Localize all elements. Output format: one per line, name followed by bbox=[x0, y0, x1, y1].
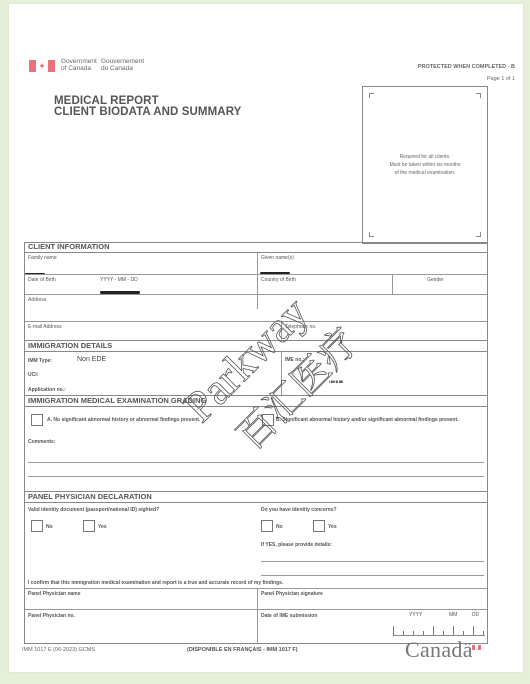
gov-english: Government of Canada bbox=[61, 58, 97, 72]
grading-b-label: B. Significant abnormal history and/or s… bbox=[276, 417, 459, 423]
if-yes-label: If YES, please provide details: bbox=[261, 542, 332, 548]
id-concerns-yes-checkbox[interactable] bbox=[313, 520, 325, 532]
canada-flag-icon: ✦ bbox=[29, 60, 55, 72]
email-label: E-mail Address bbox=[28, 324, 62, 330]
protected-label: PROTECTED WHEN COMPLETED - B bbox=[418, 64, 515, 70]
gov-french: Gouvernement du Canada bbox=[101, 58, 144, 72]
document-title: MEDICAL REPORT CLIENT BIODATA AND SUMMAR… bbox=[54, 96, 241, 118]
physician-no-label: Panel Physician no. bbox=[28, 613, 75, 619]
imm-type-label: IMM Type: bbox=[28, 358, 52, 364]
date-mm: MM bbox=[449, 612, 457, 618]
submission-date-label: Date of IME submission bbox=[261, 613, 317, 619]
imm-type-value: Non EDE bbox=[77, 356, 106, 363]
french-availability: (DISPONIBLE EN FRANÇAIS - IMM 1017 F) bbox=[187, 647, 298, 653]
id-sighted-question: Valid identity document (passport/nation… bbox=[28, 507, 159, 513]
grading-a-checkbox[interactable] bbox=[31, 414, 43, 426]
grading-b-checkbox[interactable] bbox=[262, 414, 274, 426]
confirmation-statement: I confirm that this immigration medical … bbox=[28, 580, 283, 586]
section-immigration-details: IMMIGRATION DETAILS bbox=[25, 340, 487, 352]
uci-label: UCI: bbox=[28, 372, 38, 378]
document-page: ✦ Government of Canada Gouvernement du C… bbox=[9, 4, 523, 672]
given-names-label: Given name(s) bbox=[261, 255, 294, 261]
details-line[interactable] bbox=[261, 561, 484, 562]
date-entry-line[interactable] bbox=[393, 635, 485, 636]
id-sighted-yes-checkbox[interactable] bbox=[83, 520, 95, 532]
id-concerns-no-checkbox[interactable] bbox=[261, 520, 273, 532]
barcode: I IIIII III IIIII bbox=[329, 379, 343, 384]
id-sighted-no-label: No bbox=[46, 524, 53, 530]
section-client-information: CLIENT INFORMATION bbox=[25, 242, 487, 253]
country-of-birth-label: Country of Birth bbox=[261, 277, 296, 283]
photo-instructions: Required for all clients. Must be taken … bbox=[363, 153, 487, 177]
id-sighted-yes-label: Yes bbox=[98, 524, 107, 530]
canada-wordmark-flag-icon bbox=[472, 637, 482, 642]
section-grading: IMMIGRATION MEDICAL EXAMINATION GRADING bbox=[25, 395, 487, 407]
grading-a-label: A. No significant abnormal history or ab… bbox=[47, 417, 200, 423]
family-name-label: Family name bbox=[28, 255, 57, 261]
id-sighted-no-checkbox[interactable] bbox=[31, 520, 43, 532]
id-concerns-yes-label: Yes bbox=[328, 524, 337, 530]
date-yyyy: YYYY bbox=[409, 612, 422, 618]
form-body: CLIENT INFORMATION Family name Given nam… bbox=[24, 242, 488, 644]
comments-line[interactable] bbox=[28, 462, 484, 463]
photo-box[interactable]: Required for all clients. Must be taken … bbox=[362, 86, 488, 244]
page-number: Page 1 of 1 bbox=[487, 76, 515, 82]
canada-wordmark: Canadä bbox=[405, 637, 473, 663]
physician-name-label: Panel Physician name bbox=[28, 591, 81, 597]
comments-label: Comments: bbox=[28, 439, 56, 445]
ime-no-label: IME no.: bbox=[285, 357, 304, 363]
section-declaration: PANEL PHYSICIAN DECLARATION bbox=[25, 491, 487, 503]
form-id: IMM 1017 E (06-2023) GCMS bbox=[22, 647, 95, 653]
dob-label: Date of Birth bbox=[28, 277, 56, 283]
id-concerns-no-label: No bbox=[276, 524, 283, 530]
address-label: Address bbox=[28, 297, 46, 303]
physician-signature-label: Panel Physician signature bbox=[261, 591, 323, 597]
dob-format: YYYY - MM - DD bbox=[100, 277, 138, 283]
id-concerns-question: Do you have identity concerns? bbox=[261, 507, 337, 513]
date-dd: DD bbox=[472, 612, 479, 618]
telephone-label: Telephone no. bbox=[285, 324, 316, 330]
application-no-label: Application no.: bbox=[28, 387, 66, 393]
details-line[interactable] bbox=[261, 575, 484, 576]
gender-label: Gender bbox=[427, 277, 444, 283]
comments-line[interactable] bbox=[28, 476, 484, 477]
